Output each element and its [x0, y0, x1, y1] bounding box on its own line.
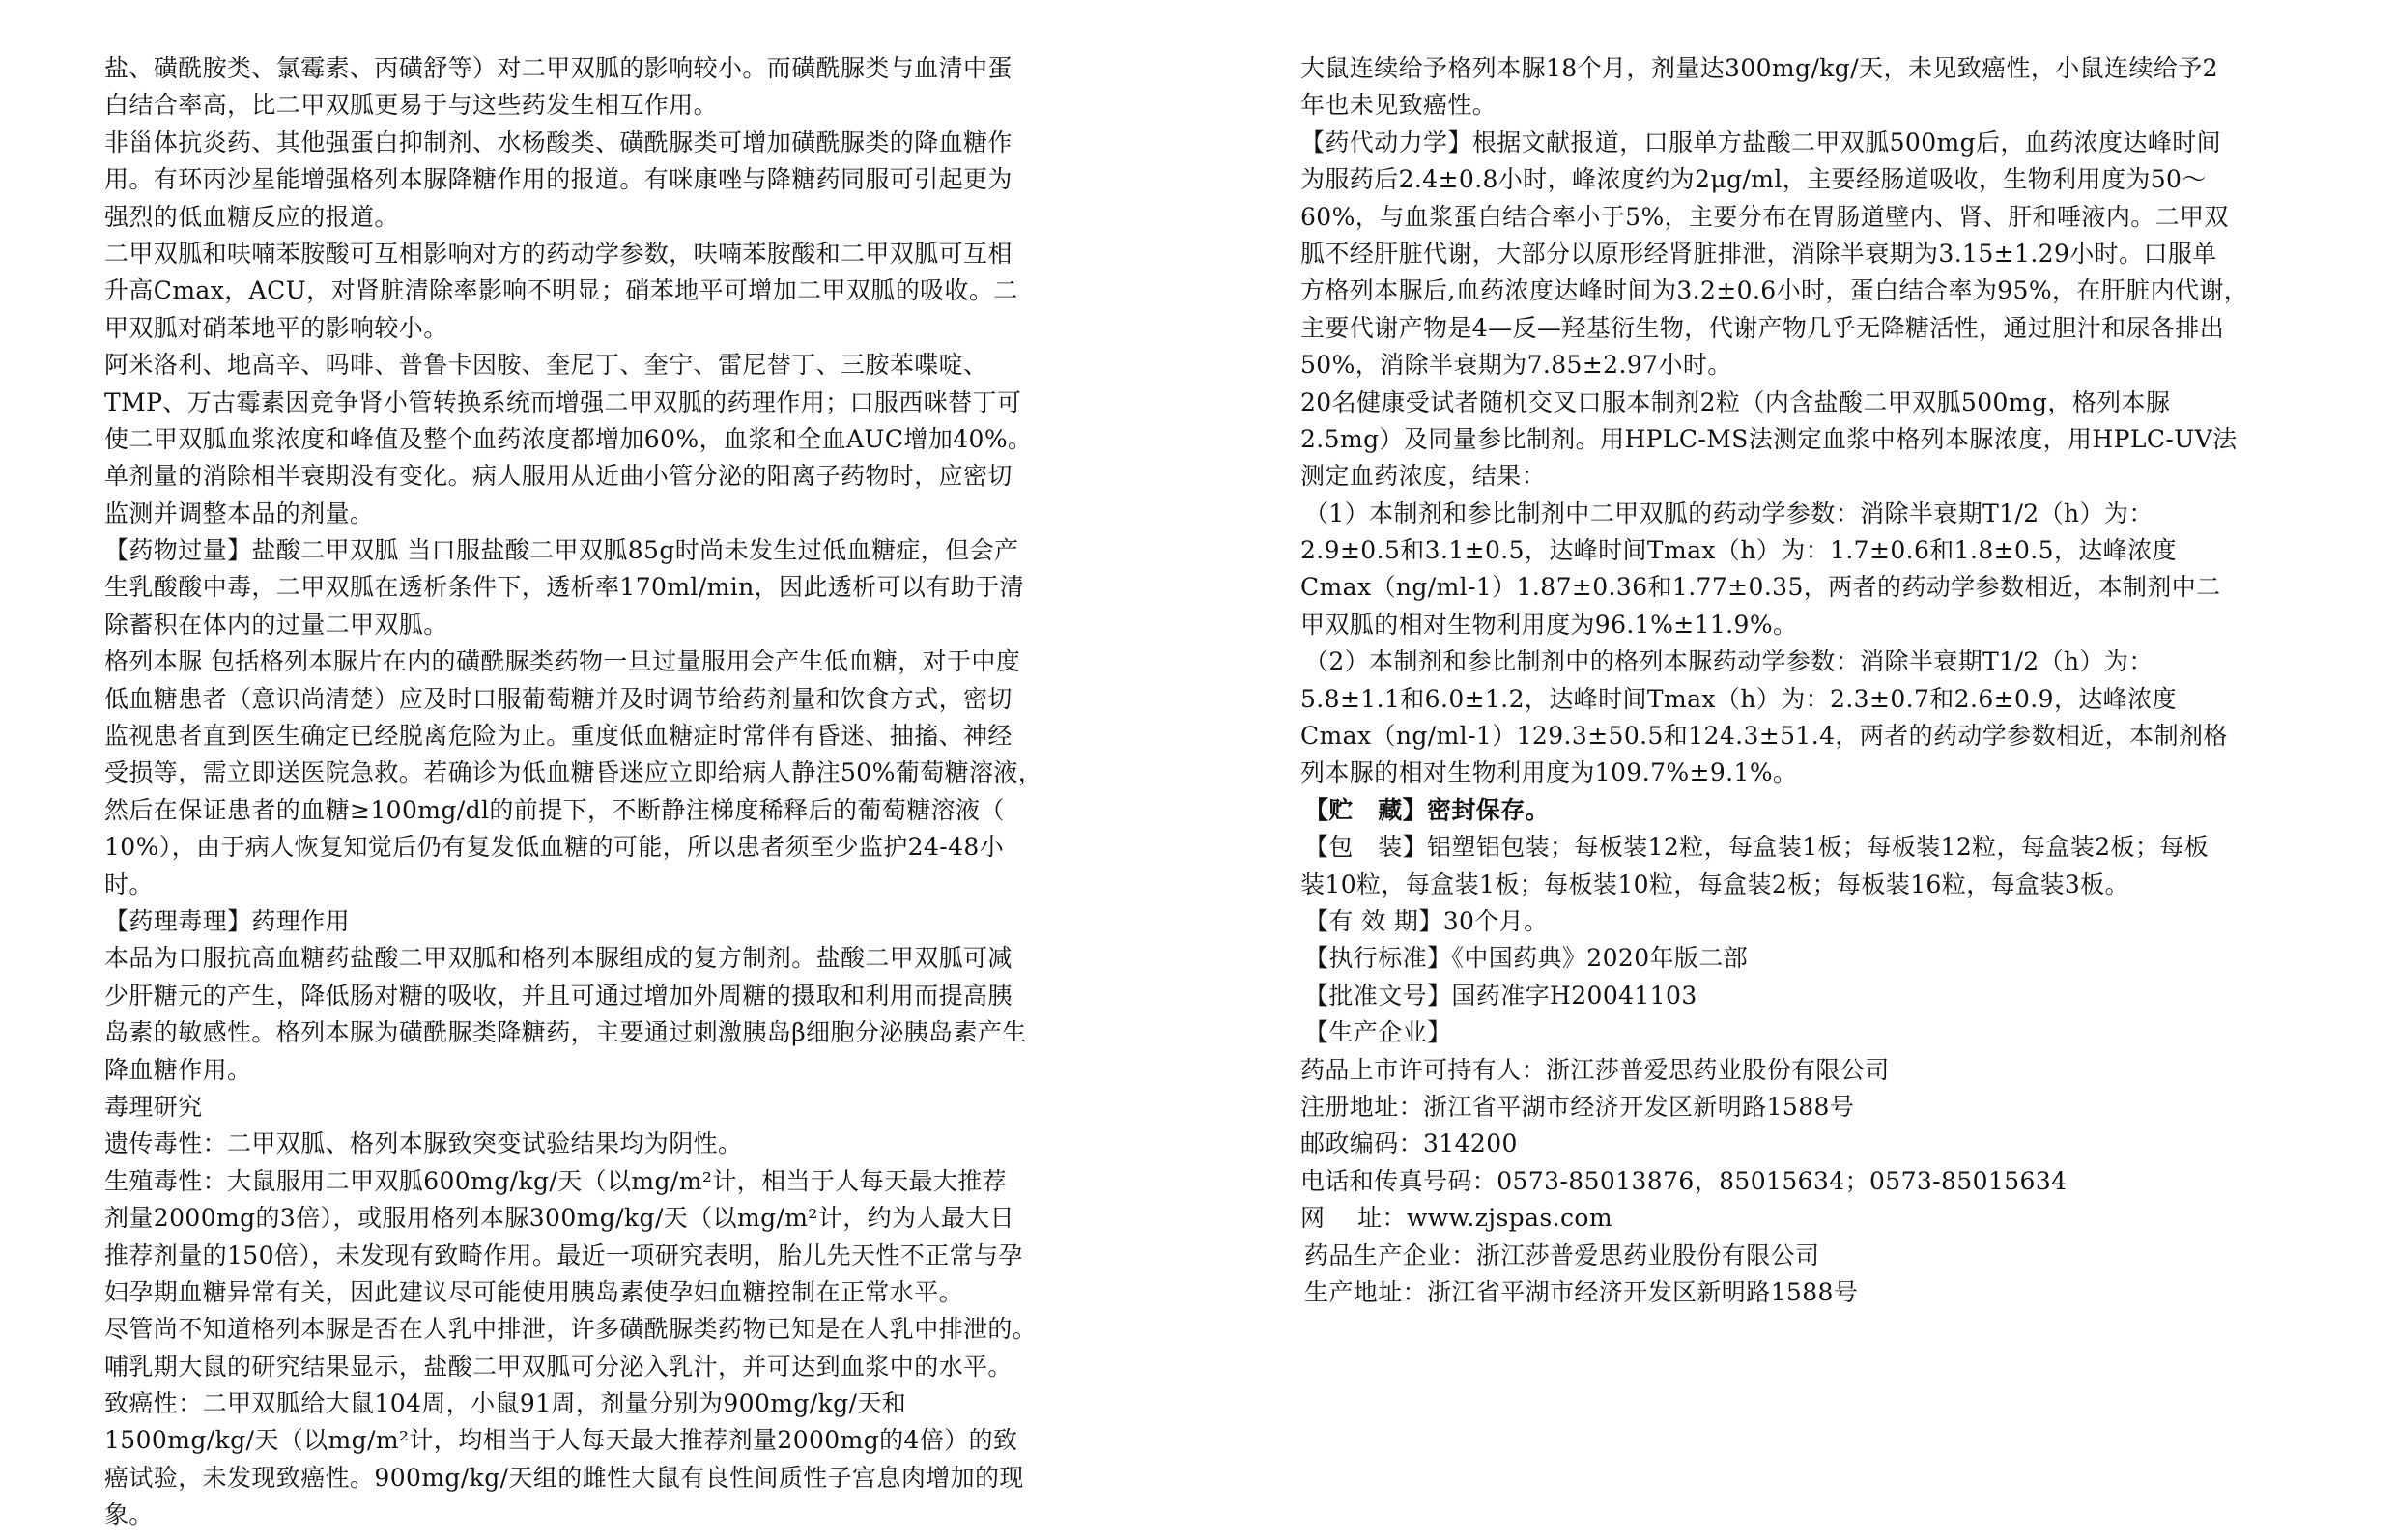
text-line: 少肝糖元的产生，降低肠对糖的吸收，并且可通过增加外周糖的摄取和利用而提高胰	[104, 978, 1080, 1014]
text-line: 2.5mg）及同量参比制剂。用HPLC-MS法测定血浆中格列本脲浓度，用HPLC…	[1300, 421, 2296, 458]
text-line: 受损等，需立即送医院急救。若确诊为低血糖昏迷应立即给病人静注50%葡萄糖溶液，	[104, 755, 1080, 791]
registered-address: 注册地址：浙江省平湖市经济开发区新明路1588号	[1300, 1089, 2296, 1126]
section-standard: 【执行标准】《中国药典》2020年版二部	[1300, 940, 2296, 977]
text-line: 5.8±1.1和6.0±1.2，达峰时间Tmax（h）为：2.3±0.7和2.6…	[1300, 681, 2296, 718]
text-line: 岛素的敏感性。格列本脲为磺酰脲类降糖药，主要通过刺激胰岛β细胞分泌胰岛素产生	[104, 1014, 1080, 1051]
text-line: 推荐剂量的150倍），未发现有致畸作用。最近一项研究表明，胎儿先天性不正常与孕	[104, 1238, 1080, 1274]
text-line: 10%），由于病人恢复知觉后仍有复发低血糖的可能，所以患者须至少监护24-48小	[104, 829, 1080, 866]
text-line: 遗传毒性：二甲双胍、格列本脲致突变试验结果均为阴性。	[104, 1126, 1080, 1162]
text-line: 使二甲双胍血浆浓度和峰值及整个血药浓度都增加60%，血浆和全血AUC增加40%。	[104, 421, 1080, 458]
text-line: TMP、万古霉素因竞争肾小管转换系统而增强二甲双胍的药理作用；口服西咪替丁可	[104, 385, 1080, 421]
text-line: 非甾体抗炎药、其他强蛋白抑制剂、水杨酸类、磺酰脲类可增加磺酰脲类的降血糖作	[104, 125, 1080, 161]
text-line: 20名健康受试者随机交叉口服本制剂2粒（内含盐酸二甲双胍500mg，格列本脲	[1300, 385, 2296, 421]
text-line: 二甲双胍和呋喃苯胺酸可互相影响对方的药动学参数，呋喃苯胺酸和二甲双胍可互相	[104, 236, 1080, 272]
text-line: 单剂量的消除相半衰期没有变化。病人服用从近曲小管分泌的阳离子药物时，应密切	[104, 458, 1080, 495]
text-line: 低血糖患者（意识尚清楚）应及时口服葡萄糖并及时调节给药剂量和饮食方式，密切	[104, 681, 1080, 718]
text-line: Cmax（ng/ml-1）129.3±50.5和124.3±51.4，两者的药动…	[1300, 718, 2296, 755]
text-line: 阿米洛利、地高辛、吗啡、普鲁卡因胺、奎尼丁、奎宁、雷尼替丁、三胺苯喋啶、	[104, 347, 1080, 384]
section-heading-pharmacokinetics: 【药代动力学】根据文献报道，口服单方盐酸二甲双胍500mg后，血药浓度达峰时间	[1300, 125, 2296, 161]
text-line: 1500mg/kg/天（以mg/m²计，均相当于人每天最大推荐剂量2000mg的…	[104, 1422, 1080, 1459]
left-text-column: 盐、磺酰胺类、氯霉素、丙磺舒等）对二甲双胍的影响较小。而磺酰脲类与血清中蛋 白结…	[104, 50, 1080, 1534]
text-line: 方格列本脲后,血药浓度达峰时间为3.2±0.6小时，蛋白结合率为95%，在肝脏内…	[1300, 272, 2296, 309]
text-line: 甲双胍对硝苯地平的影响较小。	[104, 310, 1080, 347]
text-line: （2）本制剂和参比制剂中的格列本脲药动学参数：消除半衰期T1/2（h）为：	[1300, 643, 2296, 680]
text-line: 生殖毒性：大鼠服用二甲双胍600mg/kg/天（以mg/m²计，相当于人每天最大…	[104, 1163, 1080, 1200]
section-manufacturer: 【生产企业】	[1300, 1014, 2296, 1051]
production-address: 生产地址：浙江省平湖市经济开发区新明路1588号	[1300, 1274, 2296, 1311]
text-line: 格列本脲 包括格列本脲片在内的磺酰脲类药物一旦过量服用会产生低血糖，对于中度	[104, 643, 1080, 680]
section-packaging: 【包 装】铝塑铝包装；每板装12粒，每盒装1板；每板装12粒，每盒装2板；每板	[1300, 829, 2296, 866]
website: 网 址：www.zjspas.com	[1300, 1200, 2296, 1237]
right-text-column: 大鼠连续给予格列本脲18个月，剂量达300mg/kg/天，未见致癌性，小鼠连续给…	[1300, 50, 2296, 1311]
text-line: 然后在保证患者的血糖≥100mg/dl的前提下，不断静注梯度稀释后的葡萄糖溶液（	[104, 792, 1080, 829]
text-line: 2.9±0.5和3.1±0.5，达峰时间Tmax（h）为：1.7±0.6和1.8…	[1300, 532, 2296, 569]
text-line: 强烈的低血糖反应的报道。	[104, 199, 1080, 236]
text-line: Cmax（ng/ml-1）1.87±0.36和1.77±0.35，两者的药动学参…	[1300, 569, 2296, 606]
text-line: 甲双胍的相对生物利用度为96.1%±11.9%。	[1300, 607, 2296, 643]
text-line: 降血糖作用。	[104, 1052, 1080, 1089]
section-heading-overdose: 【药物过量】盐酸二甲双胍 当口服盐酸二甲双胍85g时尚未发生过低血糖症，但会产	[104, 532, 1080, 569]
section-heading-pharmacology: 【药理毒理】药理作用	[104, 903, 1080, 940]
text-line: 年也未见致癌性。	[1300, 87, 2296, 124]
text-line: 妇孕期血糖异常有关，因此建议尽可能使用胰岛素使孕妇血糖控制在正常水平。	[104, 1274, 1080, 1311]
text-line: 装10粒，每盒装1板；每板装10粒，每盒装2板；每板装16粒，每盒装3板。	[1300, 867, 2296, 903]
text-line: 60%，与血浆蛋白结合率小于5%，主要分布在胃肠道壁内、肾、肝和唾液内。二甲双	[1300, 199, 2296, 236]
section-shelf-life: 【有 效 期】30个月。	[1300, 903, 2296, 940]
text-line: 监测并调整本品的剂量。	[104, 496, 1080, 532]
text-line: 致癌性：二甲双胍给大鼠104周，小鼠91周，剂量分别为900mg/kg/天和	[104, 1385, 1080, 1422]
section-storage: 【贮 藏】密封保存。	[1300, 792, 2296, 829]
section-approval-number: 【批准文号】国药准字H20041103	[1300, 978, 2296, 1014]
subheading-toxicology: 毒理研究	[104, 1089, 1080, 1126]
text-line: 列本脲的相对生物利用度为109.7%±9.1%。	[1300, 755, 2296, 791]
text-line: 白结合率高，比二甲双胍更易于与这些药发生相互作用。	[104, 87, 1080, 124]
license-holder: 药品上市许可持有人：浙江莎普爱思药业股份有限公司	[1300, 1052, 2296, 1089]
text-line: 为服药后2.4±0.8小时，峰浓度约为2μg/ml，主要经肠道吸收，生物利用度为…	[1300, 161, 2296, 198]
text-line: 主要代谢产物是4—反—羟基衍生物，代谢产物几乎无降糖活性，通过胆汁和尿各排出	[1300, 310, 2296, 347]
text-line: 生乳酸酸中毒，二甲双胍在透析条件下，透析率170ml/min，因此透析可以有助于…	[104, 569, 1080, 606]
text-line: 本品为口服抗高血糖药盐酸二甲双胍和格列本脲组成的复方制剂。盐酸二甲双胍可减	[104, 940, 1080, 977]
text-line: 尽管尚不知道格列本脲是否在人乳中排泄，许多磺酰脲类药物已知是在人乳中排泄的。	[104, 1311, 1080, 1348]
text-line: 剂量2000mg的3倍），或服用格列本脲300mg/kg/天（以mg/m²计，约…	[104, 1200, 1080, 1237]
text-line: 癌试验，未发现致癌性。900mg/kg/天组的雌性大鼠有良性间质性子宫息肉增加的…	[104, 1460, 1080, 1497]
text-line: 除蓄积在体内的过量二甲双胍。	[104, 607, 1080, 643]
text-line: 大鼠连续给予格列本脲18个月，剂量达300mg/kg/天，未见致癌性，小鼠连续给…	[1300, 50, 2296, 87]
postal-code: 邮政编码：314200	[1300, 1126, 2296, 1162]
text-line: 测定血药浓度，结果：	[1300, 458, 2296, 495]
text-line: 胍不经肝脏代谢，大部分以原形经肾脏排泄，消除半衰期为3.15±1.29小时。口服…	[1300, 236, 2296, 272]
text-line: 用。有环丙沙星能增强格列本脲降糖作用的报道。有咪康唑与降糖药同服可引起更为	[104, 161, 1080, 198]
text-line: 升高Cmax，ACU，对肾脏清除率影响不明显；硝苯地平可增加二甲双胍的吸收。二	[104, 272, 1080, 309]
text-line: 象。	[104, 1497, 1080, 1533]
text-line: （1）本制剂和参比制剂中二甲双胍的药动学参数：消除半衰期T1/2（h）为：	[1300, 496, 2296, 532]
text-line: 哺乳期大鼠的研究结果显示，盐酸二甲双胍可分泌入乳汁，并可达到血浆中的水平。	[104, 1349, 1080, 1385]
text-line: 监视患者直到医生确定已经脱离危险为止。重度低血糖症时常伴有昏迷、抽搐、神经	[104, 718, 1080, 755]
text-line: 50%，消除半衰期为7.85±2.97小时。	[1300, 347, 2296, 384]
production-company: 药品生产企业：浙江莎普爱思药业股份有限公司	[1300, 1238, 2296, 1274]
phone-fax: 电话和传真号码：0573-85013876，85015634；0573-8501…	[1300, 1163, 2296, 1200]
text-line: 时。	[104, 867, 1080, 903]
text-line: 盐、磺酰胺类、氯霉素、丙磺舒等）对二甲双胍的影响较小。而磺酰脲类与血清中蛋	[104, 50, 1080, 87]
